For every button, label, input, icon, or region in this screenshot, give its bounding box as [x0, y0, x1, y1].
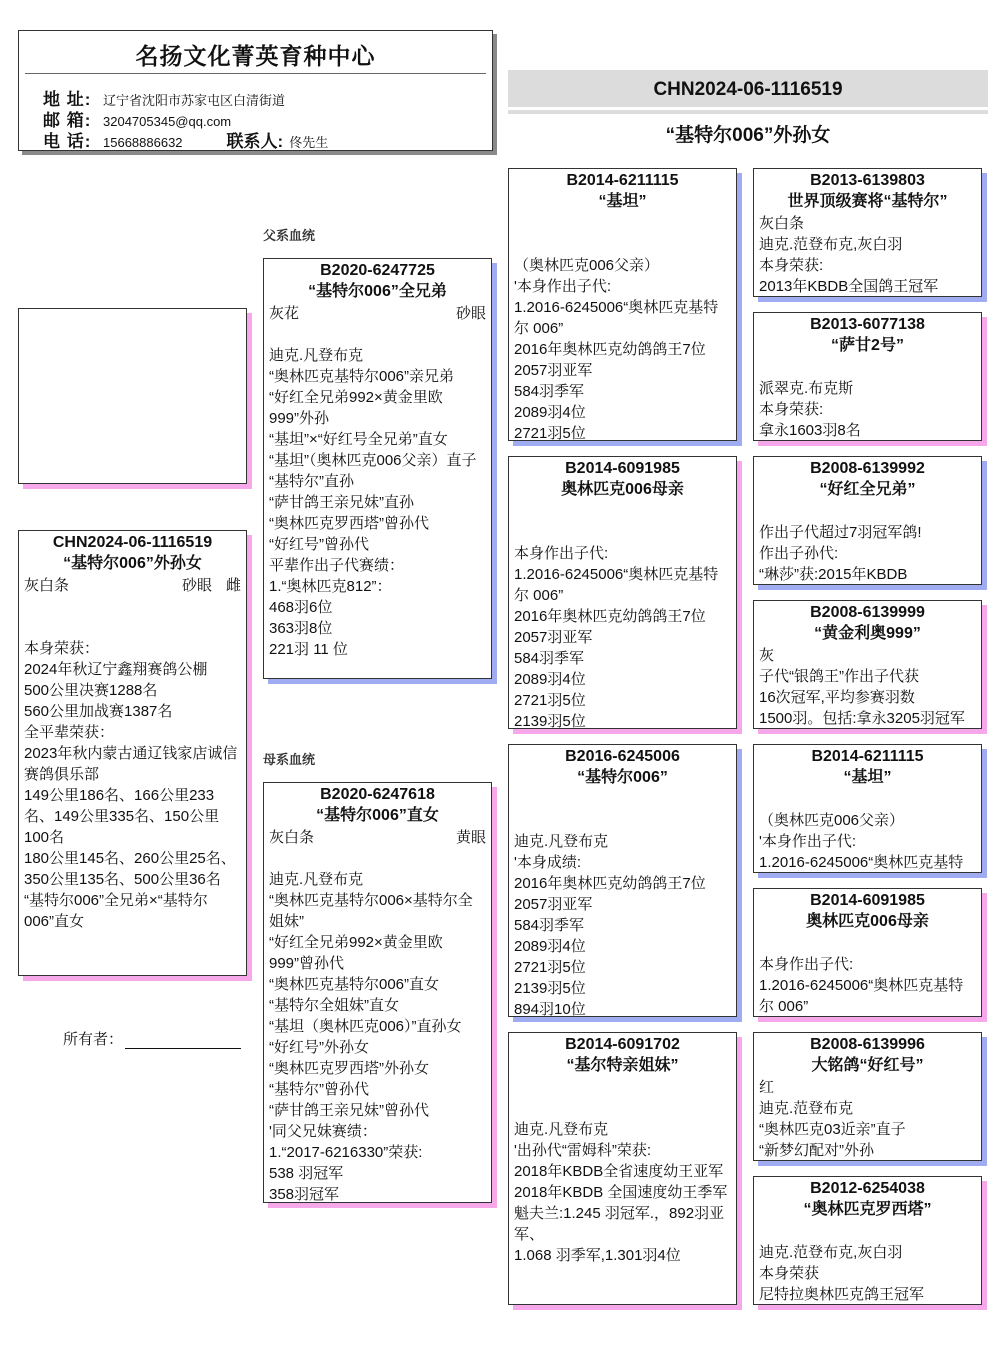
- card-sex: 雌: [226, 575, 241, 596]
- card-line: 584羽季军: [514, 381, 731, 402]
- card-color: 灰花: [269, 303, 299, 324]
- card-line: “好红号”曾孙代: [269, 534, 486, 555]
- subject-name: “基特尔006”外孙女: [508, 120, 988, 147]
- subject-card: CHN2024-06-1116519 “基特尔006”外孙女 灰白条 砂眼 雌 …: [18, 530, 247, 976]
- card-line: 1.2016-6245006“奥林匹克基特尔 006”: [759, 975, 976, 1017]
- card-line: '本身作出子代:: [514, 276, 731, 297]
- card-line: “基坦（奥林匹克006）”直孙女: [269, 1016, 486, 1037]
- card-line: 2016年奥林匹克幼鸽鸽王7位: [514, 873, 731, 894]
- card-ring: B2012-6254038: [759, 1179, 976, 1199]
- card-line: 1500羽。包括:拿永3205羽冠军: [759, 708, 976, 729]
- card-line: 180公里145名、260公里25名、350公里135名、500公里36名: [24, 848, 241, 890]
- card-line: 1.“2017-6216330”荣获:: [269, 1142, 486, 1163]
- card-line: '同父兄妹赛绩：: [269, 1121, 486, 1142]
- card-line: “基特尔006”全兄弟×“基特尔006”直女: [24, 890, 241, 932]
- great-grandparent-card: B2008-6139996 大铭鸽“好红号” 红 迪克.范登布克 “奥林匹克03…: [753, 1032, 982, 1161]
- card-ring: B2013-6139803: [759, 171, 976, 191]
- card-line: 2721羽5位: [514, 957, 731, 978]
- sire-line-label: 父系血统: [263, 225, 315, 244]
- card-line: 149公里186名、166公里233名、149公里335名、150公里100名: [24, 785, 241, 848]
- card-line: “萨甘鸽王亲兄妹”曾孙代: [269, 1100, 486, 1121]
- card-line: '出孙代“雷姆科”荣获:: [514, 1140, 731, 1161]
- card-line: “好红号”外孙女: [269, 1037, 486, 1058]
- card-ring: B2014-6211115: [759, 747, 976, 767]
- card-line: 尼特拉奥林匹克鸽王冠军: [759, 1284, 976, 1305]
- card-line: “奥林匹克基特尔006×基特尔全姐妹”: [269, 890, 486, 932]
- great-grandparent-card: B2014-6091985 奥林匹克006母亲 本身作出子代: 1.2016-6…: [753, 888, 982, 1017]
- card-name: 奥林匹克006母亲: [759, 911, 976, 933]
- card-name: “基特尔006”: [514, 767, 731, 789]
- card-line: 迪克.范登布克: [759, 1098, 976, 1119]
- card-line: “奥林匹克03近亲”直子: [759, 1119, 976, 1140]
- card-name: “奥林匹克罗西塔”: [759, 1199, 976, 1221]
- card-line: 2013年KBDB全国鸽王冠军: [759, 276, 976, 297]
- contact-label: 联系人:: [227, 127, 284, 152]
- card-line: 2089羽4位: [514, 669, 731, 690]
- card-line: 迪克.凡登布克: [514, 1119, 731, 1140]
- card-line: 2057羽亚军: [514, 360, 731, 381]
- card-line: 全平辈荣获：: [24, 722, 241, 743]
- card-name: 大铭鸽“好红号”: [759, 1055, 976, 1077]
- card-line: 560公里加战赛1387名: [24, 701, 241, 722]
- card-line: （奥林匹克006父亲）: [514, 255, 731, 276]
- card-name: “基特尔006”直女: [269, 805, 486, 827]
- granddam-paternal-card: B2014-6091985 奥林匹克006母亲 本身作出子代: 1.2016-6…: [508, 456, 737, 729]
- great-grandparent-card: B2013-6077138 “萨甘2号” 派翠克.布克斯 本身荣获: 拿永160…: [753, 312, 982, 441]
- card-line: 1.068 羽季军,1.301羽4位: [514, 1245, 731, 1266]
- card-line: '本身作出子代:: [759, 831, 976, 852]
- card-ring: B2008-6139999: [759, 603, 976, 623]
- card-name: “好红全兄弟”: [759, 479, 976, 501]
- card-line: 2139羽5位: [514, 711, 731, 729]
- card-line: 迪克.凡登布克: [514, 831, 731, 852]
- card-line: 538 羽冠军: [269, 1163, 486, 1184]
- card-line: 2721羽5位: [514, 423, 731, 441]
- grandsire-maternal-card: B2016-6245006 “基特尔006” 迪克.凡登布克 '本身成绩: 20…: [508, 744, 737, 1017]
- card-line: “基特尔”曾孙代: [269, 1079, 486, 1100]
- card-ring: B2016-6245006: [514, 747, 731, 767]
- card-line: “基坦”×“好红号全兄弟”直女: [269, 429, 486, 450]
- card-line: 2018年KBDB全省速度幼王亚军: [514, 1161, 731, 1182]
- card-line: “好红全兄弟992×黄金里欧999”曾孙代: [269, 932, 486, 974]
- card-line: 2057羽亚军: [514, 627, 731, 648]
- card-ring: B2020-6247618: [269, 785, 486, 805]
- card-line: 本身作出子代:: [759, 954, 976, 975]
- card-line: 本身荣获:: [759, 255, 976, 276]
- card-line: 2018年KBDB 全国速度幼王季军: [514, 1182, 731, 1203]
- card-line: 迪克.范登布克,灰白羽: [759, 1242, 976, 1263]
- card-ring: CHN2024-06-1116519: [24, 533, 241, 553]
- card-attributes: 灰白条 黄眼: [269, 827, 486, 848]
- card-line: 迪克.凡登布克: [269, 869, 486, 890]
- card-ring: B2014-6091985: [514, 459, 731, 479]
- card-name: “基特尔006”外孙女: [24, 553, 241, 575]
- card-line: 2721羽5位: [514, 690, 731, 711]
- card-line: 2057羽亚军: [514, 894, 731, 915]
- card-line: 本身作出子代:: [514, 543, 731, 564]
- card-line: 2089羽4位: [514, 402, 731, 423]
- card-line: 1.“奥林匹克812”：: [269, 576, 486, 597]
- subject-ring-bar: CHN2024-06-1116519: [508, 70, 988, 110]
- card-name: “基坦”: [759, 767, 976, 789]
- pigeon-photo: [18, 308, 247, 484]
- card-line: 子代“银鸽王”作出子代获: [759, 666, 976, 687]
- phone-row: 电 话: 15668886632 联系人: 佟先生: [43, 127, 328, 152]
- card-line: “基特尔全姐妹”直女: [269, 995, 486, 1016]
- contact-value: 佟先生: [289, 132, 328, 151]
- card-line: 魁夫兰:1.245 羽冠军.，892羽亚军、: [514, 1203, 731, 1245]
- card-line: 本身荣获：: [24, 638, 241, 659]
- phone-label: 电 话:: [43, 127, 103, 152]
- card-line: 作出子孙代:: [759, 543, 976, 564]
- card-line: 迪克.范登布克,灰白羽: [759, 234, 976, 255]
- phone-value: 15668886632: [103, 135, 183, 150]
- card-line: 2024年秋辽宁鑫翔赛鸽公棚: [24, 659, 241, 680]
- card-color: 灰白条: [24, 575, 69, 596]
- breeder-title: 名扬文化菁英育种中心: [25, 31, 486, 74]
- card-line: “奥林匹克基特尔006”亲兄弟: [269, 366, 486, 387]
- card-line: 584羽季军: [514, 648, 731, 669]
- great-grandparent-card: B2012-6254038 “奥林匹克罗西塔” 迪克.范登布克,灰白羽 本身荣获…: [753, 1176, 982, 1305]
- card-line: 1.2016-6245006“奥林匹克基特: [759, 852, 976, 873]
- card-line: 灰: [759, 645, 976, 666]
- owner-label: 所有者：: [63, 1028, 123, 1049]
- sire-card: B2020-6247725 “基特尔006”全兄弟 灰花 砂眼 迪克.凡登布克 …: [263, 258, 492, 679]
- breeder-header: 名扬文化菁英育种中心 地 址: 辽宁省沈阳市苏家屯区白清街道 邮 箱: 3204…: [18, 30, 493, 151]
- card-line: 500公里决赛1288名: [24, 680, 241, 701]
- card-line: 灰白条: [759, 213, 976, 234]
- card-eye: 砂眼: [456, 303, 486, 324]
- card-name: 奥林匹克006母亲: [514, 479, 731, 501]
- card-line: “萨甘鸽王亲兄妹”直孙: [269, 492, 486, 513]
- card-line: 2016年奥林匹克幼鸽鸽王7位: [514, 606, 731, 627]
- card-line: 2139羽5位: [514, 978, 731, 999]
- card-line: “好红全兄弟992×黄金里欧999”外孙: [269, 387, 486, 429]
- card-line: 1.2016-6245006“奥林匹克基特尔 006”: [514, 297, 731, 339]
- card-attributes: 灰白条 砂眼 雌: [24, 575, 241, 596]
- card-line: 平辈作出子代赛绩：: [269, 555, 486, 576]
- card-attributes: 灰花 砂眼: [269, 303, 486, 324]
- card-name: “萨甘2号”: [759, 335, 976, 357]
- card-line: 1.2016-6245006“奥林匹克基特尔 006”: [514, 564, 731, 606]
- card-line: “奥林匹克罗西塔”曾孙代: [269, 513, 486, 534]
- card-line: “奥林匹克罗西塔”外孙女: [269, 1058, 486, 1079]
- card-line: “琳莎”获:2015年KBDB: [759, 564, 976, 585]
- card-line: “基特尔”直孙: [269, 471, 486, 492]
- card-line: 2089羽4位: [514, 936, 731, 957]
- card-line: 拿永1603羽8名: [759, 420, 976, 441]
- great-grandparent-card: B2014-6211115 “基坦” （奥林匹克006父亲） '本身作出子代: …: [753, 744, 982, 873]
- card-line: 迪克.凡登布克: [269, 345, 486, 366]
- card-line: 红: [759, 1077, 976, 1098]
- card-line: 2016年奥林匹克幼鸽鸽王7位: [514, 339, 731, 360]
- card-line: “奥林匹克基特尔006”直女: [269, 974, 486, 995]
- grandsire-paternal-card: B2014-6211115 “基坦” （奥林匹克006父亲） '本身作出子代: …: [508, 168, 737, 441]
- card-line: '本身成绩:: [514, 852, 731, 873]
- card-eye: 黄眼: [456, 827, 486, 848]
- great-grandparent-card: B2008-6139999 “黄金利奥999” 灰 子代“银鸽王”作出子代获 1…: [753, 600, 982, 729]
- card-line: 作出子代超过7羽冠军鸽!: [759, 522, 976, 543]
- card-line: “基坦”（奥林匹克006父亲）直子: [269, 450, 486, 471]
- owner-field: 所有者：: [63, 1028, 241, 1049]
- card-line: 584羽季军: [514, 915, 731, 936]
- card-eye: 砂眼: [182, 575, 212, 596]
- card-line: 468羽6位: [269, 597, 486, 618]
- granddam-maternal-card: B2014-6091702 “基尔特亲姐妹” 迪克.凡登布克 '出孙代“雷姆科”…: [508, 1032, 737, 1305]
- card-name: “基坦”: [514, 191, 731, 213]
- card-line: 本身荣获: [759, 1263, 976, 1284]
- card-ring: B2014-6211115: [514, 171, 731, 191]
- card-name: 世界顶级赛将“基特尔”: [759, 191, 976, 213]
- card-ring: B2008-6139996: [759, 1035, 976, 1055]
- card-line: 本身荣获:: [759, 399, 976, 420]
- card-ring: B2008-6139992: [759, 459, 976, 479]
- card-line: 派翠克.布克斯: [759, 378, 976, 399]
- great-grandparent-card: B2008-6139992 “好红全兄弟” 作出子代超过7羽冠军鸽! 作出子孙代…: [753, 456, 982, 585]
- card-line: 894羽10位: [514, 999, 731, 1017]
- card-ring: B2013-6077138: [759, 315, 976, 335]
- card-line: “新梦幻配对”外孙: [759, 1140, 976, 1161]
- card-line: 358羽冠军: [269, 1184, 486, 1203]
- dam-card: B2020-6247618 “基特尔006”直女 灰白条 黄眼 迪克.凡登布克 …: [263, 782, 492, 1203]
- card-line: 363羽8位: [269, 618, 486, 639]
- card-line: 2023年秋内蒙古通辽钱家店诚信赛鸽俱乐部: [24, 743, 241, 785]
- card-ring: B2014-6091702: [514, 1035, 731, 1055]
- great-grandparent-card: B2013-6139803 世界顶级赛将“基特尔” 灰白条 迪克.范登布克,灰白…: [753, 168, 982, 297]
- card-color: 灰白条: [269, 827, 314, 848]
- dam-line-label: 母系血统: [263, 749, 315, 768]
- card-name: “基尔特亲姐妹”: [514, 1055, 731, 1077]
- card-line: 221羽 11 位: [269, 639, 486, 660]
- card-name: “黄金利奥999”: [759, 623, 976, 645]
- card-ring: B2020-6247725: [269, 261, 486, 281]
- card-name: “基特尔006”全兄弟: [269, 281, 486, 303]
- card-line: （奥林匹克006父亲）: [759, 810, 976, 831]
- card-line: 16次冠军,平均参赛羽数: [759, 687, 976, 708]
- owner-signature-line: [125, 1033, 241, 1049]
- card-ring: B2014-6091985: [759, 891, 976, 911]
